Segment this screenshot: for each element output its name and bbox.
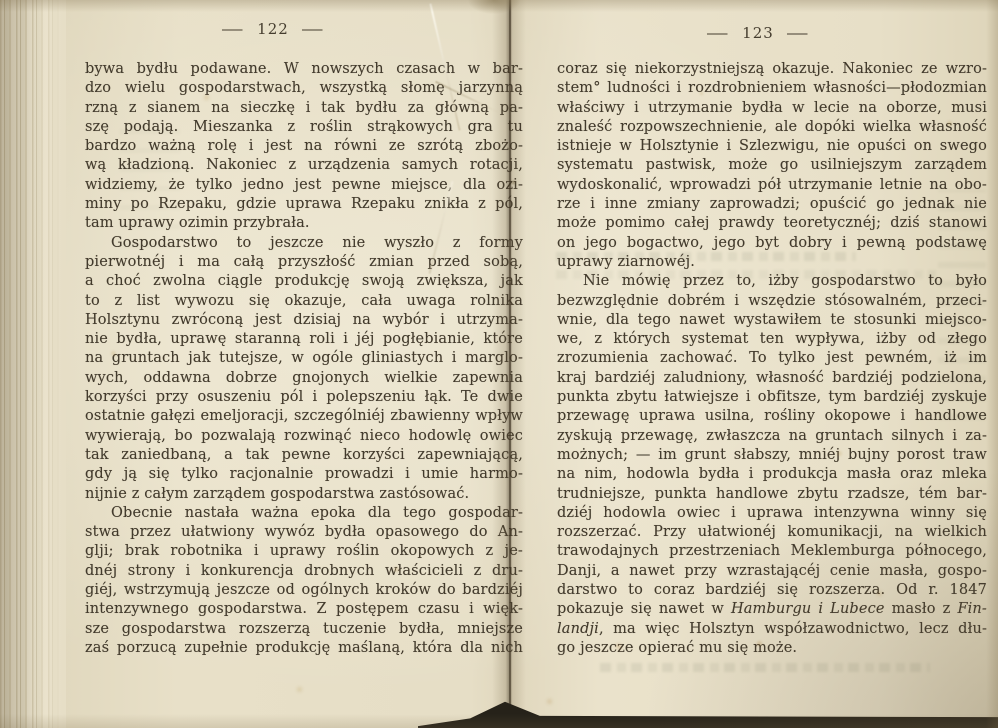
- text-line: wych, oddawna dobrze gnojonych wielkie z…: [85, 369, 523, 388]
- italic-text-run: Hamburgu i Lubece: [731, 601, 885, 617]
- text-line: istnieje w Holsztynie i Szlezwigu, nie o…: [557, 137, 987, 156]
- text-line: Gospodarstwo to jeszcze nie wyszło z for…: [85, 234, 523, 253]
- book-scan: — 122 — bywa bydłu podawane. W nowszych …: [0, 0, 998, 728]
- text-line: a choć zwolna ciągle produkcję swoją zwi…: [85, 272, 523, 291]
- text-line: wą kładzioną. Nakoniec z urządzenia samy…: [85, 156, 523, 175]
- right-page: — 123 — coraz się niekorzystniejszą okaz…: [526, 0, 998, 728]
- text-line: widziemy, że tylko jedno jest pewne miej…: [85, 176, 523, 195]
- left-page-header: — 122 —: [60, 20, 486, 38]
- left-text-column: bywa bydłu podawane. W nowszych czasach …: [85, 60, 523, 658]
- text-line: sze gospodarstwa rozszerzą tuczenie bydł…: [85, 620, 523, 639]
- right-page-number: 123: [742, 24, 774, 42]
- text-line: rozszerzać. Przy ułatwionéj komunikacji,…: [557, 523, 987, 542]
- text-line: zrozumienia zachować. To tylko jest pewn…: [557, 349, 987, 368]
- text-line: pierwotnéj i ma całą przyszłość zmian pr…: [85, 253, 523, 272]
- text-line: wywierają, bo pozwalają rozwinąć nieco h…: [85, 427, 523, 446]
- text-line: Obecnie nastała ważna epoka dla tego gos…: [85, 504, 523, 523]
- header-dash: —: [221, 20, 245, 38]
- text-line: tam uprawy ozimin przybrała.: [85, 214, 523, 233]
- text-line: tak zaniedbaną, a tak pewne korzyści zap…: [85, 446, 523, 465]
- text-line: możnych; — im grunt słabszy, mniéj bujny…: [557, 446, 987, 465]
- text-line: punkta zbytu łatwiejsze i obfitsze, tym …: [557, 388, 987, 407]
- text-line: dnéj strony i konkurencja drobnych właśc…: [85, 562, 523, 581]
- text-line: wydoskonalić, wprowadzi pół utrzymanie l…: [557, 176, 987, 195]
- text-line: szę podają. Mieszanka z roślin strąkowyc…: [85, 118, 523, 137]
- italic-text-run: Fin-: [957, 601, 987, 617]
- text-line: intenzywnego gospodarstwa. Z postępem cz…: [85, 600, 523, 619]
- text-line: gdy ją się tylko racjonalnie prowadzi i …: [85, 465, 523, 484]
- page-edge-stack: [0, 0, 66, 728]
- text-run: masło z: [885, 601, 958, 617]
- text-line: korzyści przy osuszeniu pól i polepszeni…: [85, 388, 523, 407]
- left-page: — 122 — bywa bydłu podawane. W nowszych …: [66, 0, 492, 728]
- left-page-number: 122: [257, 20, 289, 38]
- right-text-column: coraz się niekorzystniejszą okazuje. Nak…: [557, 60, 987, 658]
- text-line: może pomimo całej prawdy teoretycznéj; d…: [557, 214, 987, 233]
- text-line: ostatnie gałęzi emeljoracji, szczególnié…: [85, 407, 523, 426]
- text-line: nijnie z całym zarządem gospodarstwa zas…: [85, 485, 523, 504]
- text-line: bezwzględnie dobrém i wszędzie stósowaln…: [557, 292, 987, 311]
- text-line: rze i inne zmiany zaprowadzi; opuścić go…: [557, 195, 987, 214]
- text-line: znaleść rozpowszechnienie, ale dopóki wi…: [557, 118, 987, 137]
- text-run: pokazuje się nawet w: [557, 601, 731, 617]
- text-line: we, z których systemat ten wypływa, iżby…: [557, 330, 987, 349]
- text-line: zaś porzucą zupełnie produkcję maślaną, …: [85, 639, 523, 658]
- text-line: trudniejsze, punkta handlowe zbytu rzads…: [557, 485, 987, 504]
- right-page-header: — 123 —: [522, 24, 994, 42]
- text-line: nie bydła, uprawę staranną roli i jéj po…: [85, 330, 523, 349]
- text-line: to z list wywozu się okazuje, cała uwaga…: [85, 292, 523, 311]
- text-line: systematu pastwisk, może go usilniejszym…: [557, 156, 987, 175]
- text-line: pokazuje się nawet w Hamburgu i Lubece m…: [557, 600, 987, 619]
- text-line: giéj, wstrzymują jeszcze od ogólnych kro…: [85, 581, 523, 600]
- text-line: bywa bydłu podawane. W nowszych czasach …: [85, 60, 523, 79]
- text-line: trawodajnych przestrzeniach Meklemburga …: [557, 542, 987, 561]
- text-line: dzo wielu gospodarstwach, wszystką słomę…: [85, 79, 523, 98]
- text-line: przewagę uprawa usilna, rośliny okopowe …: [557, 407, 987, 426]
- text-line: landji, ma więc Holsztyn współzawodnictw…: [557, 620, 987, 639]
- text-line: go jeszcze opierać mu się może.: [557, 639, 987, 658]
- text-line: wnie, dla tego nawet wystawiłem te stosu…: [557, 311, 987, 330]
- text-line: właściwy i utrzymanie bydła w lecie na o…: [557, 99, 987, 118]
- text-line: on jego bogactwo, jego byt dobry i pewną…: [557, 234, 987, 253]
- text-line: stem° ludności i rozdrobnieniem własnośc…: [557, 79, 987, 98]
- text-line: rzną z sianem na sieczkę i tak bydłu za …: [85, 99, 523, 118]
- text-line: Nie mówię przez to, iżby gospodarstwo to…: [557, 272, 987, 291]
- header-dash: —: [301, 20, 325, 38]
- text-run: , ma więc Holsztyn współzawodnictwo, lec…: [599, 621, 987, 637]
- text-line: kraj bardziéj zaludniony, własność bardz…: [557, 369, 987, 388]
- text-line: miny po Rzepaku, gdzie uprawa Rzepaku zn…: [85, 195, 523, 214]
- text-line: Danji, a nawet przy wzrastającéj cenie m…: [557, 562, 987, 581]
- text-line: glji; brak robotnika i uprawy roślin oko…: [85, 542, 523, 561]
- text-line: bardzo ważną rolę i jest na równi ze szr…: [85, 137, 523, 156]
- text-line: na gruntach jak tutejsze, w ogóle glinia…: [85, 349, 523, 368]
- text-line: dziéj hodowla owiec i uprawa intenzywna …: [557, 504, 987, 523]
- italic-text-run: landji: [557, 621, 599, 637]
- text-line: Holsztynu zwróconą jest dzisiaj na wybór…: [85, 311, 523, 330]
- text-line: darstwo to coraz bardziéj się rozszerza.…: [557, 581, 987, 600]
- text-line: uprawy ziarnowéj.: [557, 253, 987, 272]
- text-line: coraz się niekorzystniejszą okazuje. Nak…: [557, 60, 987, 79]
- text-line: zyskują przewagę, zwłaszcza na gruntach …: [557, 427, 987, 446]
- header-dash: —: [706, 24, 730, 42]
- header-dash: —: [786, 24, 810, 42]
- text-line: stwa przez ułatwiony wywóz bydła opasowe…: [85, 523, 523, 542]
- text-line: na nim, hodowla bydła i produkcja masła …: [557, 465, 987, 484]
